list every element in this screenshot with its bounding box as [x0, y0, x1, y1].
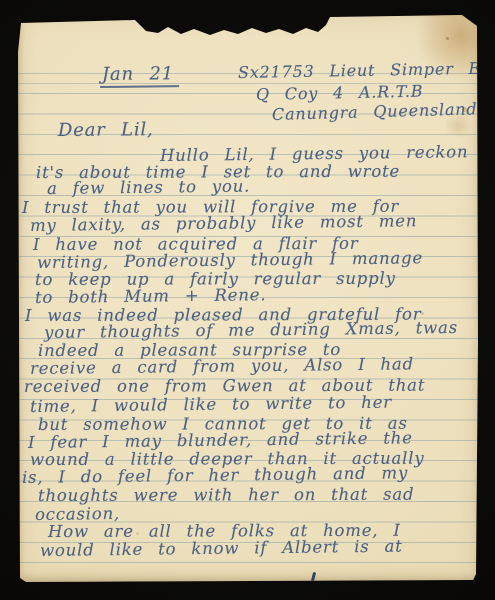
- handwritten-line: to both Mum + Rene.: [35, 285, 267, 307]
- letter-date: Jan 21: [100, 63, 179, 88]
- letter-paper: Jan 21 Sx21753 Lieut Simper E.D. Q Coy 4…: [16, 12, 480, 584]
- scan-background: Jan 21 Sx21753 Lieut Simper E.D. Q Coy 4…: [0, 0, 495, 600]
- salutation: Dear Lil,: [58, 119, 154, 141]
- handwritten-line: a few lines to you.: [47, 177, 250, 198]
- handwritten-line: thoughts were with her on that sad: [38, 485, 414, 505]
- paper-freckles: [16, 12, 19, 15]
- paper-stain-top-right: [414, 14, 478, 92]
